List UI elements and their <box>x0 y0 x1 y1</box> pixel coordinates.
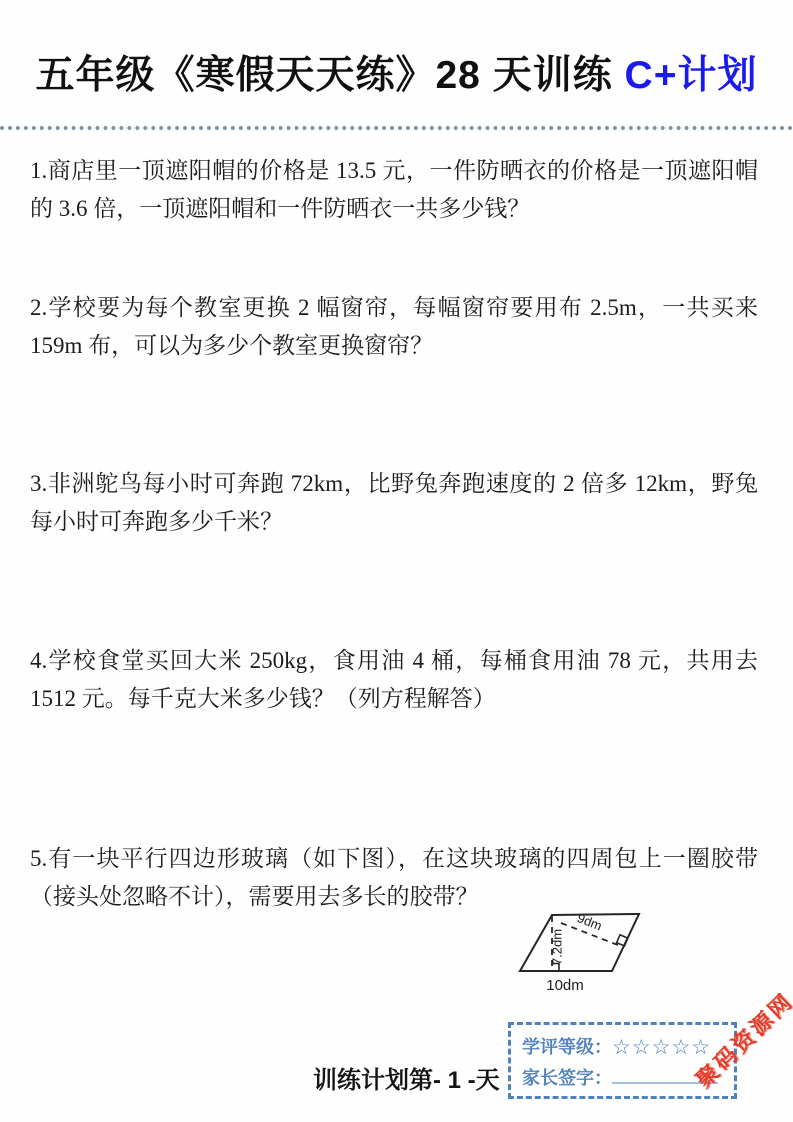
page-title-main: 五年级《寒假天天练》28 天训练 <box>35 54 624 97</box>
footer-day-label: 训练计划第- 1 -天 <box>313 1060 500 1095</box>
dotted-separator <box>0 126 793 130</box>
parallelogram-diagram: 7.2dm 9dm 10dm <box>495 893 675 1009</box>
base-label: 10dm <box>546 977 584 994</box>
worksheet-page: 五年级《寒假天天练》28 天训练 C+计划 1.商店里一顶遮阳帽的价格是 13.… <box>0 0 793 1122</box>
right-angle-marker-side <box>617 935 628 946</box>
question-4: 4.学校食堂买回大米 250kg，食用油 4 桶，每桶食用油 78 元，共用去 … <box>30 642 758 718</box>
rating-stars: ☆☆☆☆☆ <box>612 1036 711 1059</box>
rating-row: 学评等级：☆☆☆☆☆ <box>522 1032 724 1063</box>
question-1: 1.商店里一顶遮阳帽的价格是 13.5 元，一件防晒衣的价格是一顶遮阳帽的 3.… <box>30 152 758 228</box>
sign-label: 家长签字： <box>522 1068 612 1088</box>
question-3: 3.非洲鸵鸟每小时可奔跑 72km，比野兔奔跑速度的 2 倍多 12km，野兔每… <box>30 465 758 541</box>
height-label: 7.2dm <box>550 929 565 965</box>
question-2: 2.学校要为每个教室更换 2 幅窗帘，每幅窗帘要用布 2.5m，一共买来 159… <box>30 289 758 365</box>
page-title: 五年级《寒假天天练》28 天训练 C+计划 <box>0 44 793 100</box>
page-title-plan-highlight: C+计划 <box>625 54 758 97</box>
grade-label: 学评等级： <box>522 1037 612 1057</box>
